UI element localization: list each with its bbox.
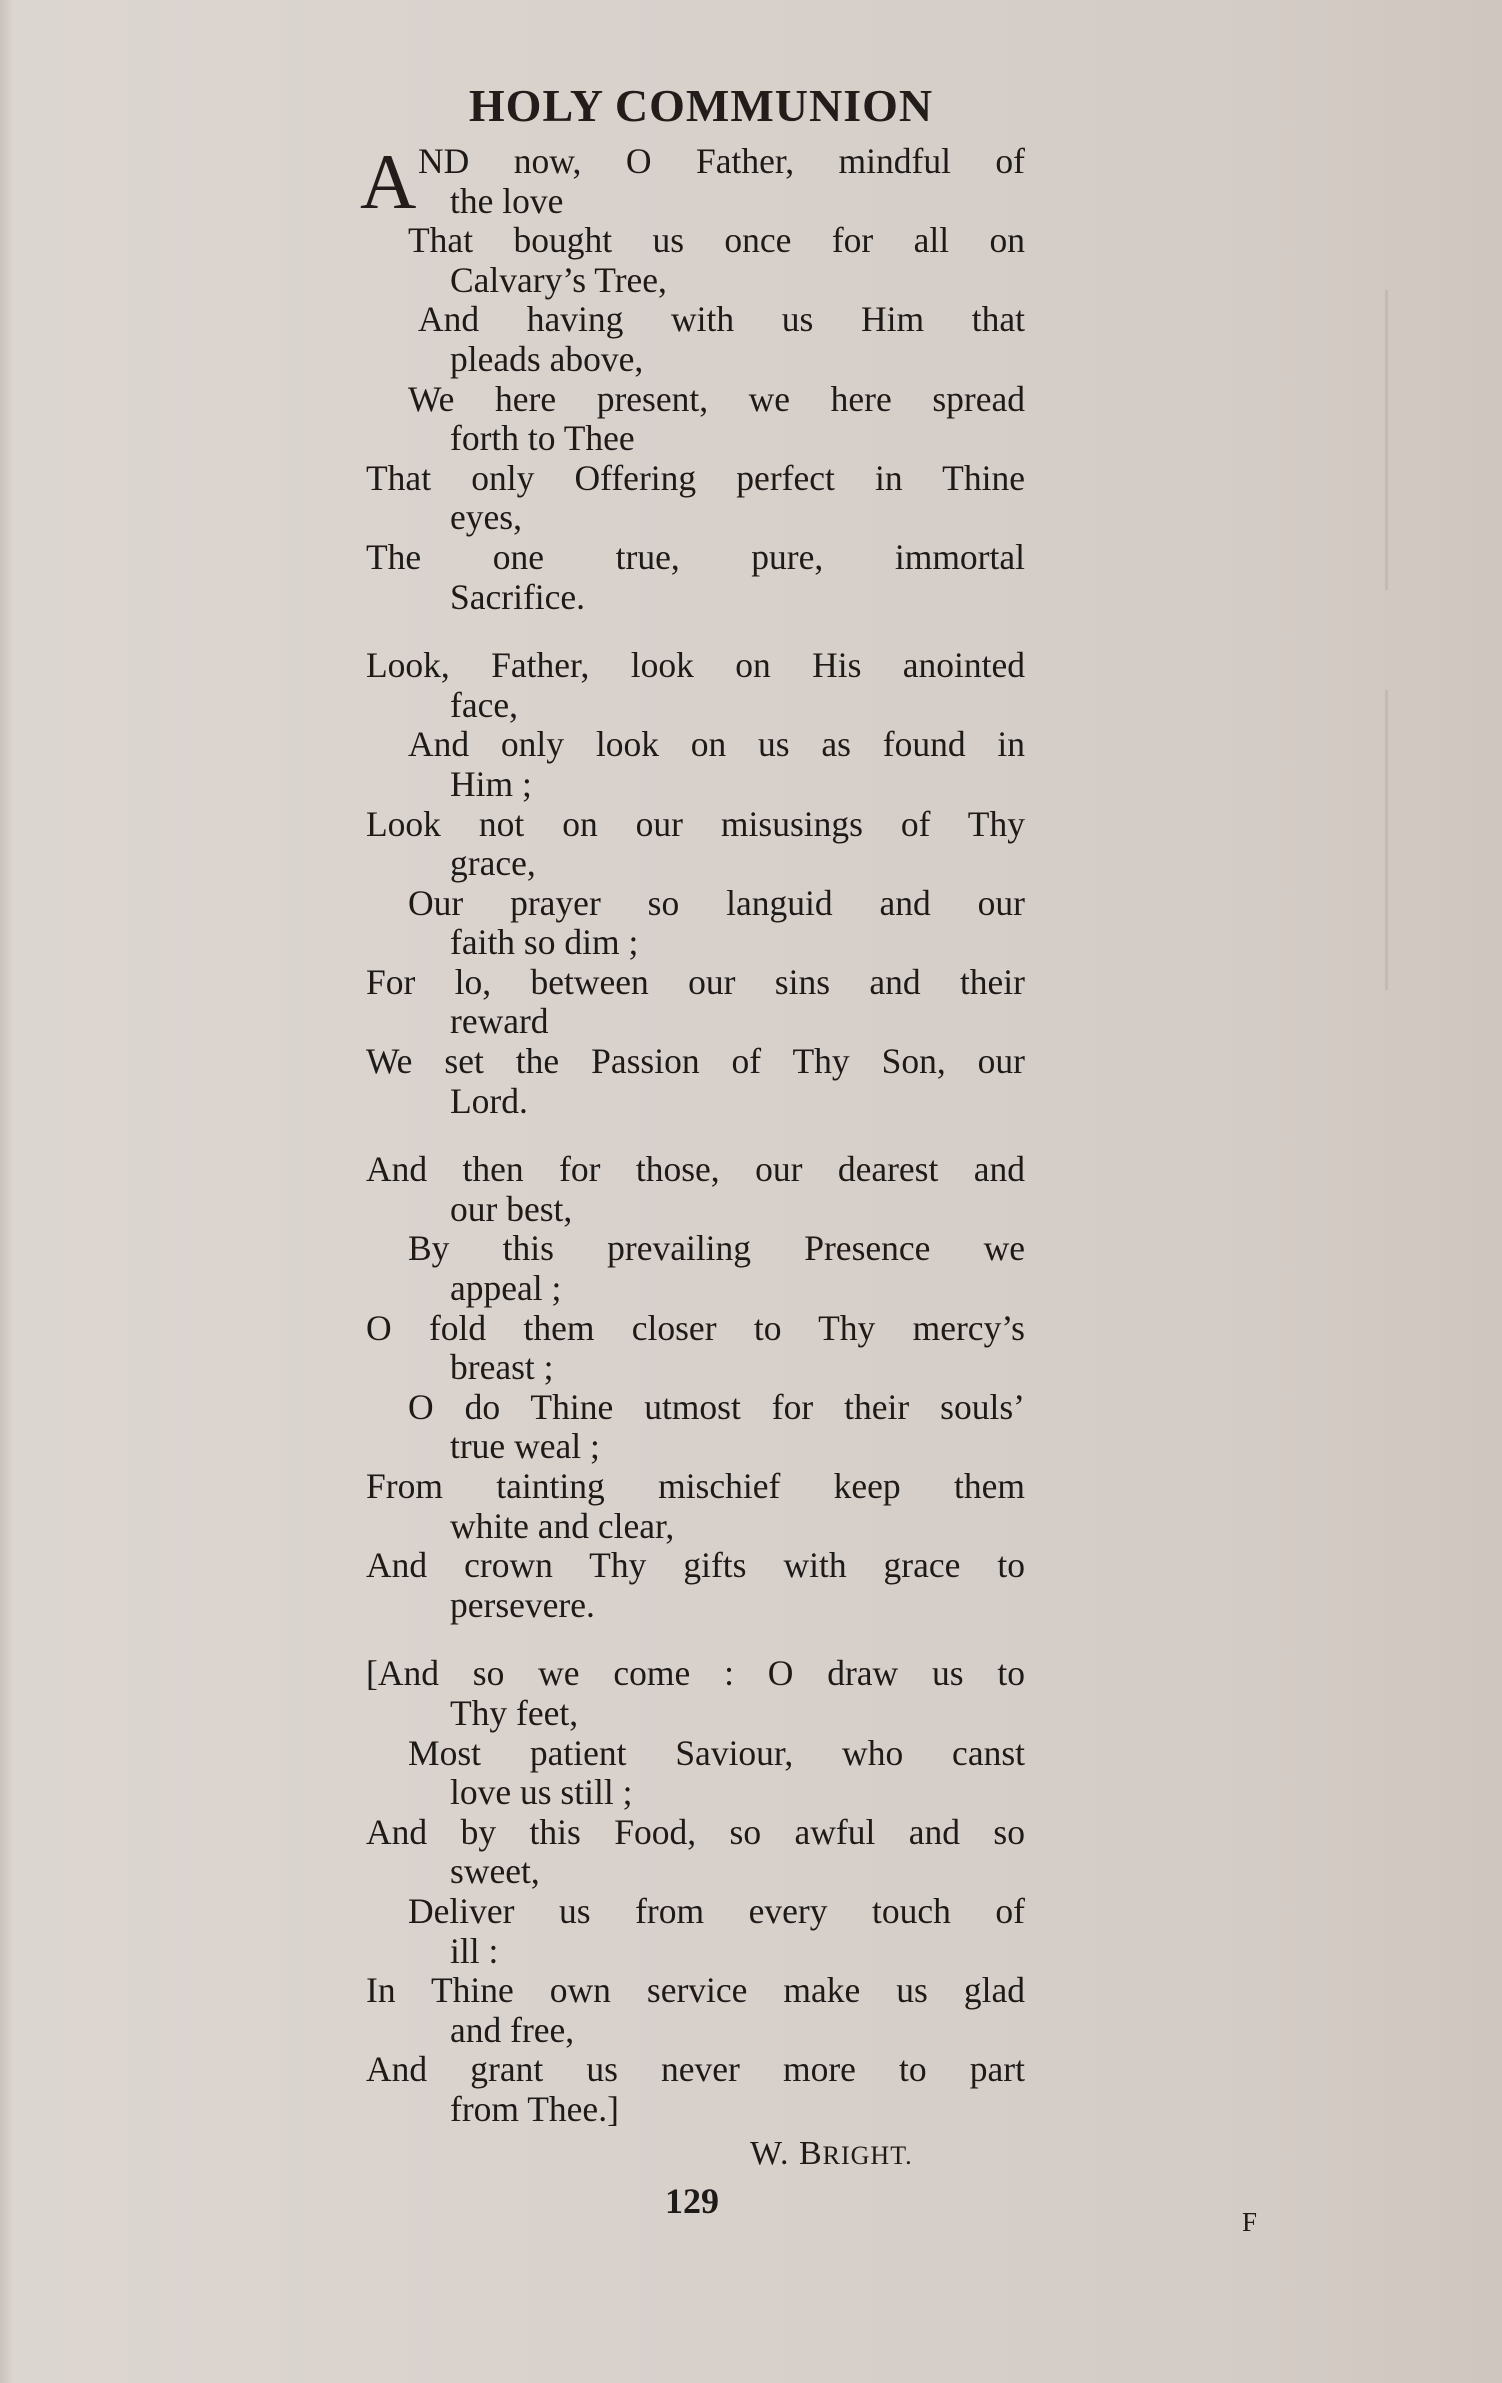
verse-line: And grant us never more to part — [360, 2050, 1025, 2090]
stanza-2: Look, Father, look on His anointed face,… — [360, 646, 1025, 1121]
verse-line: That bought us once for all on — [360, 221, 1025, 261]
hymn-text: A ND now, O Father, mindful of the love … — [360, 142, 1025, 2159]
stanza-3: And then for those, our dearest and our … — [360, 1150, 1025, 1625]
verse-line: [And so we come : O draw us to — [360, 1654, 1025, 1694]
verse-line-continuation: grace, — [360, 844, 1025, 884]
author-attribution: W. BRIGHT. — [750, 2135, 913, 2173]
verse-line: For lo, between our sins and their — [360, 963, 1025, 1003]
stanza-4: [And so we come : O draw us to Thy feet,… — [360, 1654, 1025, 2129]
verse-line: Most patient Saviour, who canst — [360, 1734, 1025, 1774]
verse-line: And by this Food, so awful and so — [360, 1813, 1025, 1853]
verse-line: We here present, we here spread — [360, 380, 1025, 420]
verse-line-continuation: pleads above, — [360, 340, 1025, 380]
show-through-mark — [1385, 690, 1388, 990]
verse-line-continuation: Thy feet, — [360, 1694, 1025, 1734]
verse-line: ND now, O Father, mindful of — [360, 142, 1025, 182]
verse-line: And then for those, our dearest and — [360, 1150, 1025, 1190]
page-number: 129 — [665, 2180, 719, 2222]
page-title: HOLY COMMUNION — [0, 79, 1402, 132]
verse-line-continuation: Calvary’s Tree, — [360, 261, 1025, 301]
verse-line-continuation: from Thee.] — [360, 2090, 1025, 2130]
verse-line: Deliver us from every touch of — [360, 1892, 1025, 1932]
verse-line-continuation: the love — [360, 182, 1025, 222]
verse-line: O do Thine utmost for their souls’ — [360, 1388, 1025, 1428]
verse-line-continuation: and free, — [360, 2011, 1025, 2051]
verse-line: And having with us Him that — [360, 300, 1025, 340]
verse-line-continuation: persevere. — [360, 1586, 1025, 1626]
verse-line: From tainting mischief keep them — [360, 1467, 1025, 1507]
verse-line-continuation: breast ; — [360, 1348, 1025, 1388]
verse-line-continuation: appeal ; — [360, 1269, 1025, 1309]
verse-line-continuation: Lord. — [360, 1082, 1025, 1122]
verse-line: Look not on our misusings of Thy — [360, 805, 1025, 845]
verse-line: In Thine own service make us glad — [360, 1971, 1025, 2011]
verse-line-continuation: love us still ; — [360, 1773, 1025, 1813]
verse-line: We set the Passion of Thy Son, our — [360, 1042, 1025, 1082]
verse-line-continuation: reward — [360, 1002, 1025, 1042]
verse-line-continuation: true weal ; — [360, 1427, 1025, 1467]
page-edge-shadow — [0, 0, 14, 2383]
verse-line-continuation: our best, — [360, 1190, 1025, 1230]
verse-line: By this prevailing Presence we — [360, 1229, 1025, 1269]
verse-line-continuation: forth to Thee — [360, 419, 1025, 459]
verse-line-continuation: ill : — [360, 1932, 1025, 1972]
verse-line-continuation: face, — [360, 686, 1025, 726]
verse-line: O fold them closer to Thy mercy’s — [360, 1309, 1025, 1349]
verse-line-continuation: faith so dim ; — [360, 923, 1025, 963]
stanza-1: A ND now, O Father, mindful of the love … — [360, 142, 1025, 617]
verse-line: And only look on us as found in — [360, 725, 1025, 765]
show-through-mark — [1385, 290, 1388, 590]
verse-line: And crown Thy gifts with grace to — [360, 1546, 1025, 1586]
verse-line: That only Offering perfect in Thine — [360, 459, 1025, 499]
verse-line-continuation: sweet, — [360, 1852, 1025, 1892]
verse-line: Our prayer so languid and our — [360, 884, 1025, 924]
verse-line-continuation: white and clear, — [360, 1507, 1025, 1547]
verse-line-continuation: eyes, — [360, 498, 1025, 538]
verse-line-continuation: Sacrifice. — [360, 578, 1025, 618]
verse-line: The one true, pure, immortal — [360, 538, 1025, 578]
verse-line-continuation: Him ; — [360, 765, 1025, 805]
author-surname: RIGHT. — [823, 2141, 913, 2170]
author-initial: W. B — [750, 2135, 823, 2172]
verse-line: Look, Father, look on His anointed — [360, 646, 1025, 686]
signature-mark: F — [1242, 2207, 1257, 2238]
